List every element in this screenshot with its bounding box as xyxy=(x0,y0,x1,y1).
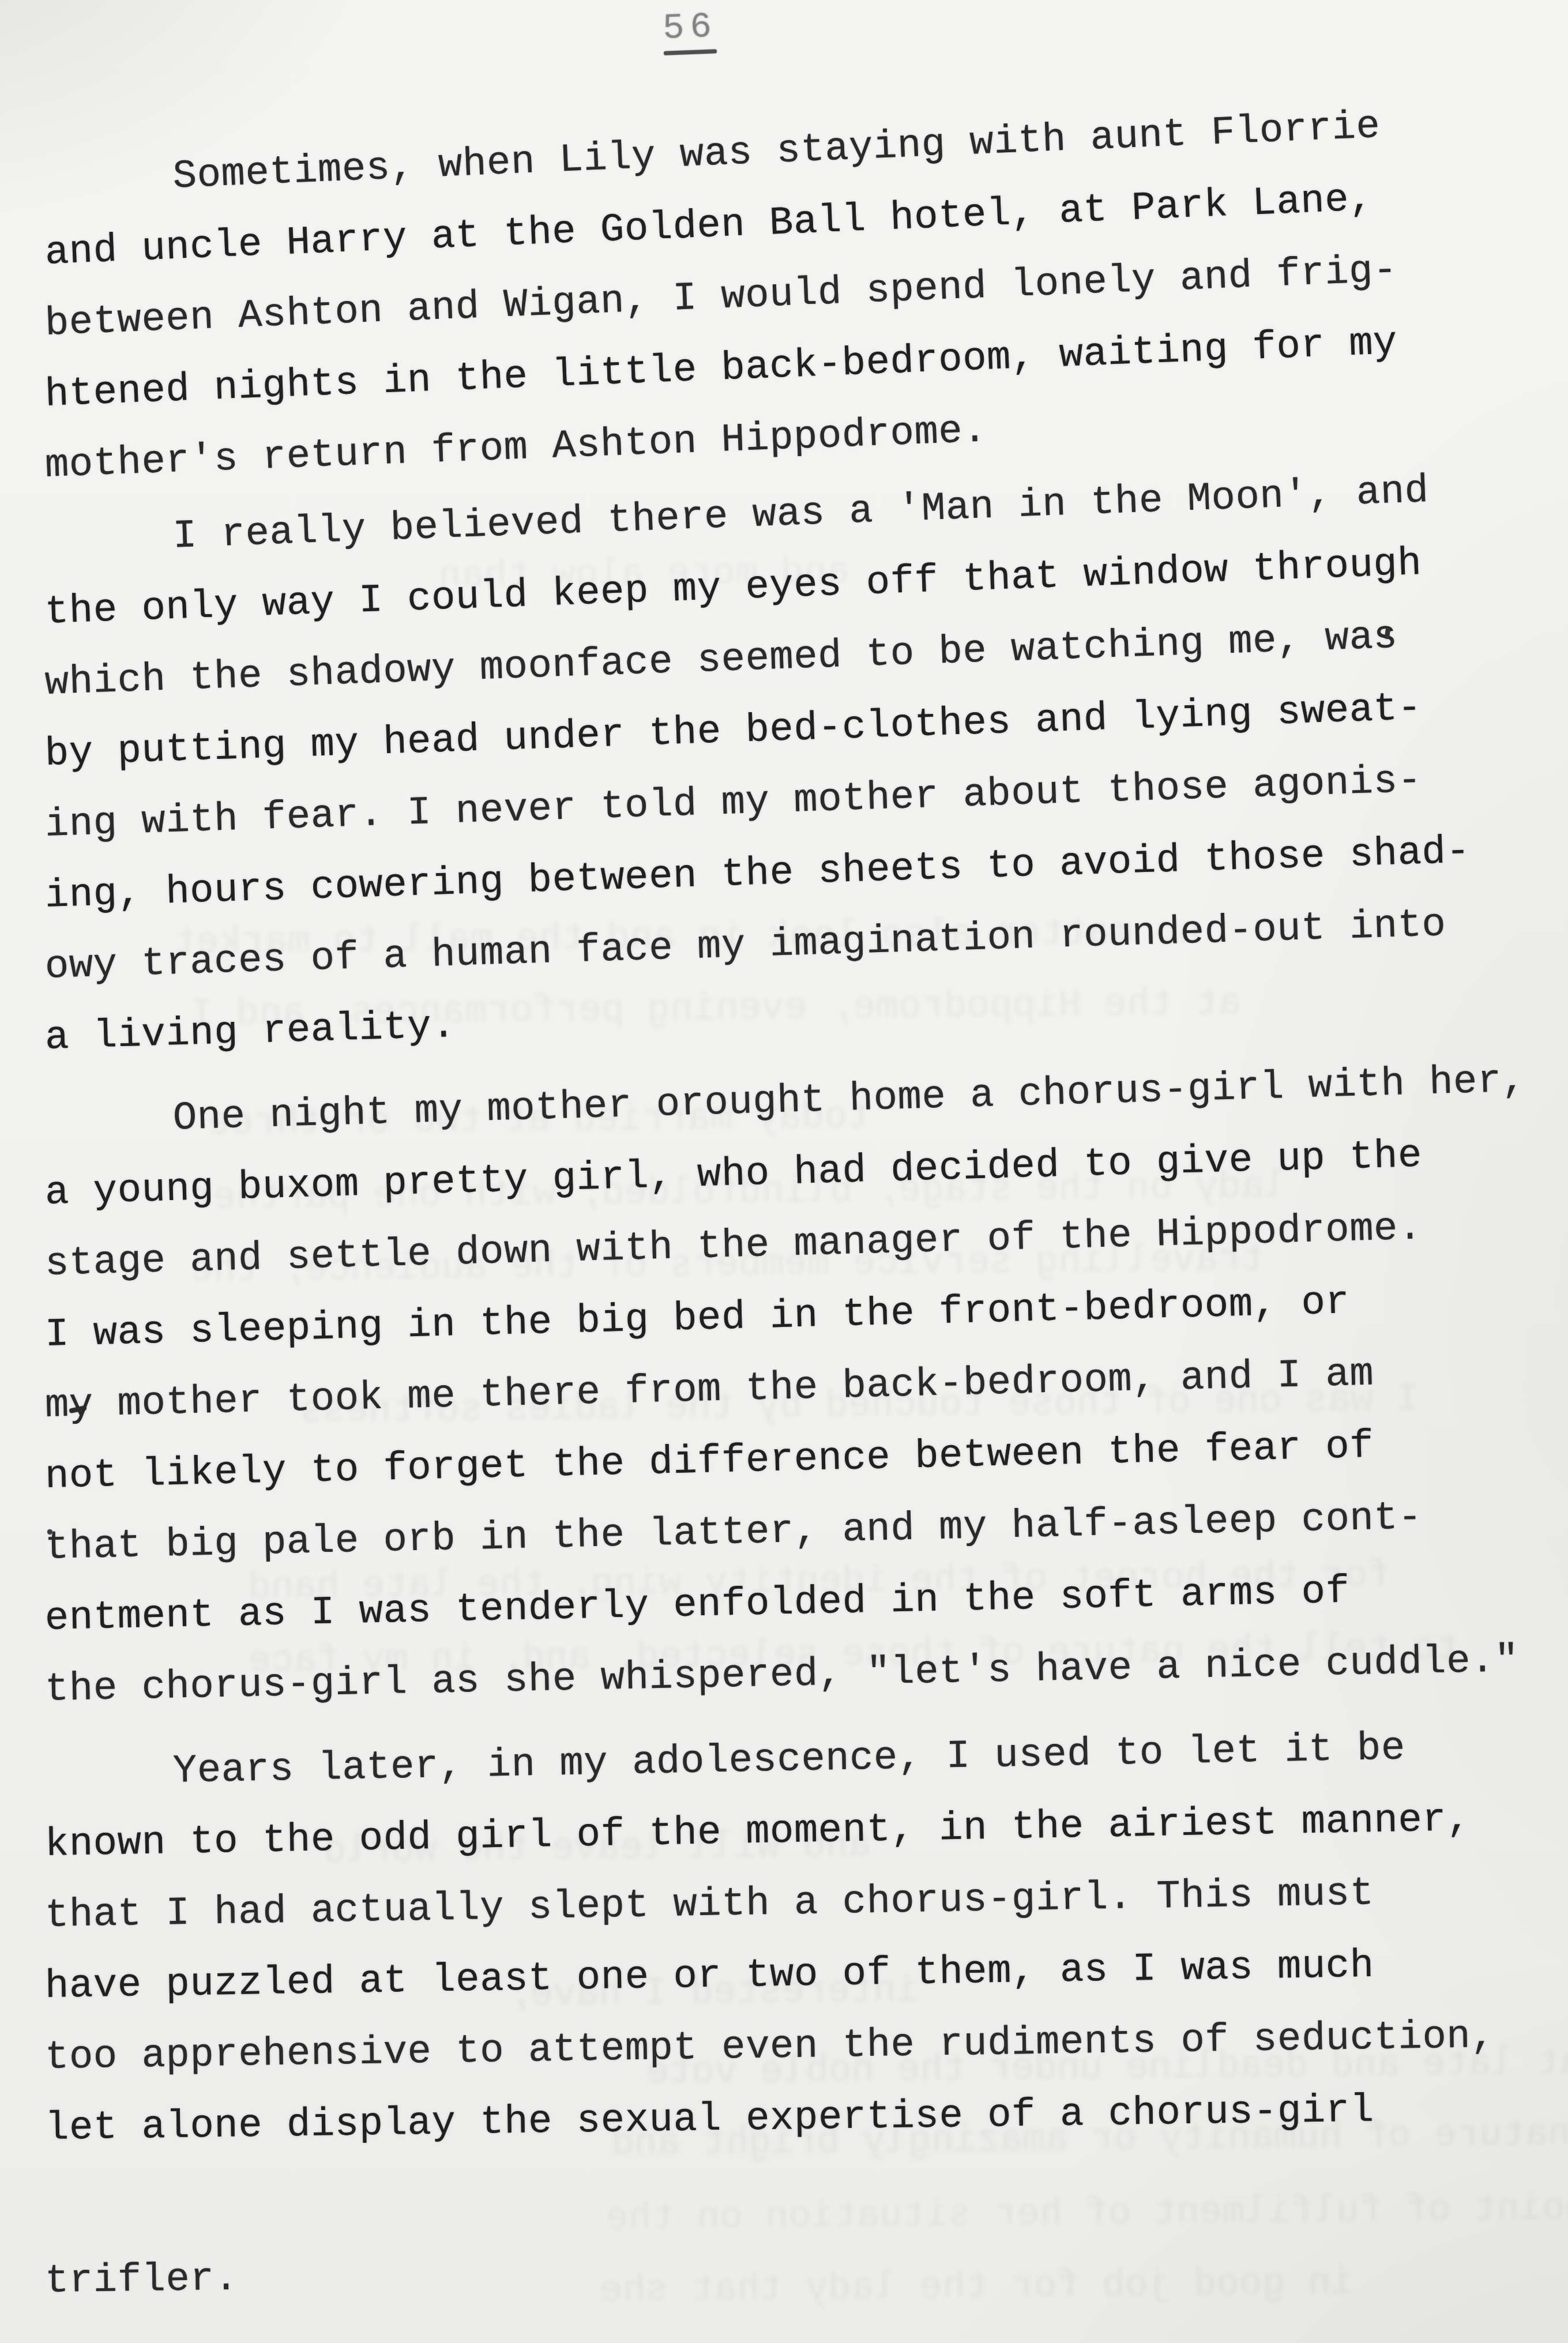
page-number-digits: 56 xyxy=(662,6,718,49)
paragraph: Years later, in my adolescence, I used t… xyxy=(45,1739,1533,2164)
page-number: 56 xyxy=(662,6,719,55)
paragraph: trifler. xyxy=(45,2246,1533,2317)
typewritten-text: Sometimes, when Lily was staying with au… xyxy=(45,147,1533,2317)
page-number-underline xyxy=(664,49,717,55)
paragraph: I really believed there was a 'Man in th… xyxy=(45,506,1533,1074)
manuscript-page: and more alow thanno matter also look in… xyxy=(0,0,1568,2343)
paragraph: One night my mother orought home a choru… xyxy=(45,1087,1533,1725)
paragraph: Sometimes, when Lily was staying with au… xyxy=(45,147,1533,502)
ink-smudge-dot xyxy=(47,1529,52,1535)
text-line: trifler. xyxy=(44,2228,1533,2317)
